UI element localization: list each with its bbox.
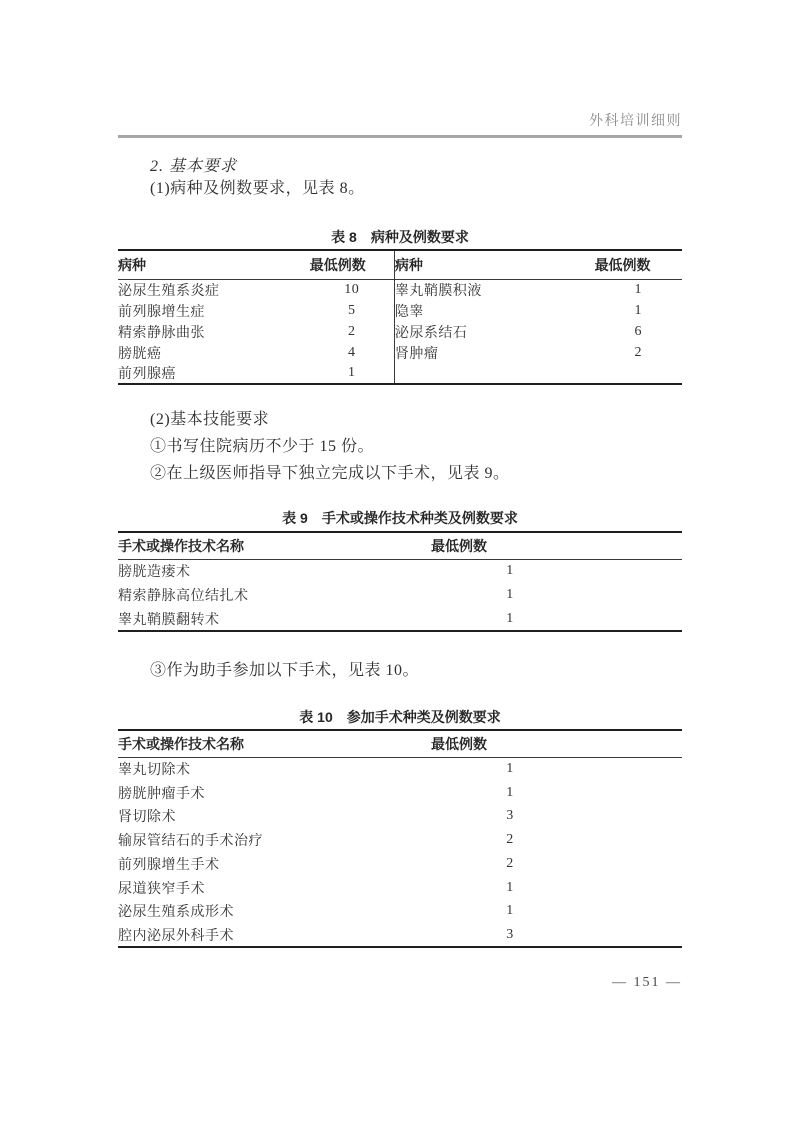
cell-name bbox=[394, 363, 594, 384]
cell-min-cases: 1 bbox=[431, 607, 589, 631]
cell-name: 精索静脉高位结扎术 bbox=[118, 583, 431, 607]
table-row: 精索静脉高位结扎术1 bbox=[118, 583, 682, 607]
table8-caption: 表 8 病种及例数要求 bbox=[118, 228, 682, 246]
cell-min-cases: 1 bbox=[595, 300, 682, 321]
cell-min-cases: 10 bbox=[310, 279, 395, 300]
table10-caption: 表 10 参加手术种类及例数要求 bbox=[118, 708, 682, 726]
table-row: 膀胱癌4肾肿瘤2 bbox=[118, 342, 682, 363]
cell-min-cases: 1 bbox=[431, 781, 589, 805]
cell-name: 睾丸切除术 bbox=[118, 757, 431, 781]
cell-min-cases: 4 bbox=[310, 342, 395, 363]
cell-min-cases bbox=[595, 363, 682, 384]
cell-name: 泌尿生殖系炎症 bbox=[118, 279, 310, 300]
document-page: 外科培训细则 2. 基本要求 (1)病种及例数要求，见表 8。 表 8 病种及例… bbox=[0, 0, 800, 1131]
cell-min-cases: 2 bbox=[431, 828, 589, 852]
spacer-column bbox=[589, 532, 682, 559]
paragraph-disease-requirement: (1)病种及例数要求，见表 8。 bbox=[118, 179, 714, 199]
paragraph-item-2: ②在上级医师指导下独立完成以下手术，见表 9。 bbox=[118, 464, 714, 484]
column-header-disease: 病种 bbox=[118, 250, 310, 279]
column-header-min-cases: 最低例数 bbox=[431, 730, 589, 757]
cell-name: 隐睾 bbox=[394, 300, 594, 321]
table10-header-row: 手术或操作技术名称 最低例数 bbox=[118, 730, 682, 757]
table-row: 泌尿生殖系成形术1 bbox=[118, 900, 682, 924]
column-header-min-cases: 最低例数 bbox=[310, 250, 395, 279]
cell-min-cases: 5 bbox=[310, 300, 395, 321]
table-row: 睾丸切除术1 bbox=[118, 757, 682, 781]
section-heading: 2. 基本要求 bbox=[118, 157, 714, 177]
cell-name: 泌尿系结石 bbox=[394, 321, 594, 342]
cell-name: 腔内泌尿外科手术 bbox=[118, 923, 431, 947]
paragraph-item-1: ①书写住院病历不少于 15 份。 bbox=[118, 437, 714, 457]
cell-min-cases: 1 bbox=[431, 900, 589, 924]
cell-min-cases: 2 bbox=[431, 852, 589, 876]
spacer-column bbox=[589, 730, 682, 757]
table-row: 睾丸鞘膜翻转术1 bbox=[118, 607, 682, 631]
table-row: 腔内泌尿外科手术3 bbox=[118, 923, 682, 947]
cell-name: 前列腺癌 bbox=[118, 363, 310, 384]
cell-min-cases: 2 bbox=[595, 342, 682, 363]
running-head: 外科培训细则 bbox=[118, 110, 682, 130]
column-header-disease: 病种 bbox=[394, 250, 594, 279]
table8-container: 病种 最低例数 病种 最低例数 泌尿生殖系炎症10睾丸鞘膜积液1前列腺增生症5隐… bbox=[118, 249, 682, 385]
table-row: 膀胱造瘘术1 bbox=[118, 559, 682, 583]
cell-min-cases: 1 bbox=[310, 363, 395, 384]
column-header-operation-name: 手术或操作技术名称 bbox=[118, 532, 431, 559]
cell-name: 精索静脉曲张 bbox=[118, 321, 310, 342]
cell-name: 肾肿瘤 bbox=[394, 342, 594, 363]
cell-min-cases: 3 bbox=[431, 805, 589, 829]
table-row: 前列腺增生症5隐睾1 bbox=[118, 300, 682, 321]
table8-header-row: 病种 最低例数 病种 最低例数 bbox=[118, 250, 682, 279]
cell-min-cases: 1 bbox=[431, 876, 589, 900]
paragraph-item-3: ③作为助手参加以下手术，见表 10。 bbox=[118, 661, 714, 681]
cell-name: 肾切除术 bbox=[118, 805, 431, 829]
table-row: 前列腺增生手术2 bbox=[118, 852, 682, 876]
cell-min-cases: 1 bbox=[431, 757, 589, 781]
table-row: 肾切除术3 bbox=[118, 805, 682, 829]
cell-name: 睾丸鞘膜翻转术 bbox=[118, 607, 431, 631]
table9-header-row: 手术或操作技术名称 最低例数 bbox=[118, 532, 682, 559]
cell-min-cases: 1 bbox=[431, 559, 589, 583]
table8: 病种 最低例数 病种 最低例数 泌尿生殖系炎症10睾丸鞘膜积液1前列腺增生症5隐… bbox=[118, 249, 682, 385]
cell-min-cases: 1 bbox=[431, 583, 589, 607]
header-rule bbox=[118, 135, 682, 138]
table9: 手术或操作技术名称 最低例数 膀胱造瘘术1精索静脉高位结扎术1睾丸鞘膜翻转术1 bbox=[118, 531, 682, 632]
cell-min-cases: 3 bbox=[431, 923, 589, 947]
paragraph-basic-skills: (2)基本技能要求 bbox=[118, 410, 714, 430]
cell-min-cases: 6 bbox=[595, 321, 682, 342]
cell-name: 输尿管结石的手术治疗 bbox=[118, 828, 431, 852]
page-number: — 151 — bbox=[118, 975, 690, 991]
cell-min-cases: 1 bbox=[595, 279, 682, 300]
cell-name: 泌尿生殖系成形术 bbox=[118, 900, 431, 924]
cell-name: 尿道狭窄手术 bbox=[118, 876, 431, 900]
table-row: 尿道狭窄手术1 bbox=[118, 876, 682, 900]
cell-name: 膀胱癌 bbox=[118, 342, 310, 363]
cell-name: 膀胱肿瘤手术 bbox=[118, 781, 431, 805]
table-row: 泌尿生殖系炎症10睾丸鞘膜积液1 bbox=[118, 279, 682, 300]
table-row: 输尿管结石的手术治疗2 bbox=[118, 828, 682, 852]
column-header-min-cases: 最低例数 bbox=[595, 250, 682, 279]
table-row: 精索静脉曲张2泌尿系结石6 bbox=[118, 321, 682, 342]
cell-name: 前列腺增生手术 bbox=[118, 852, 431, 876]
column-header-min-cases: 最低例数 bbox=[431, 532, 589, 559]
cell-name: 膀胱造瘘术 bbox=[118, 559, 431, 583]
cell-name: 前列腺增生症 bbox=[118, 300, 310, 321]
cell-min-cases: 2 bbox=[310, 321, 395, 342]
table-row: 膀胱肿瘤手术1 bbox=[118, 781, 682, 805]
table10-container: 手术或操作技术名称 最低例数 睾丸切除术1膀胱肿瘤手术1肾切除术3输尿管结石的手… bbox=[118, 729, 682, 948]
table9-caption: 表 9 手术或操作技术种类及例数要求 bbox=[118, 509, 682, 527]
column-header-operation-name: 手术或操作技术名称 bbox=[118, 730, 431, 757]
table9-container: 手术或操作技术名称 最低例数 膀胱造瘘术1精索静脉高位结扎术1睾丸鞘膜翻转术1 bbox=[118, 531, 682, 632]
table-row: 前列腺癌1 bbox=[118, 363, 682, 384]
cell-name: 睾丸鞘膜积液 bbox=[394, 279, 594, 300]
table10: 手术或操作技术名称 最低例数 睾丸切除术1膀胱肿瘤手术1肾切除术3输尿管结石的手… bbox=[118, 729, 682, 948]
